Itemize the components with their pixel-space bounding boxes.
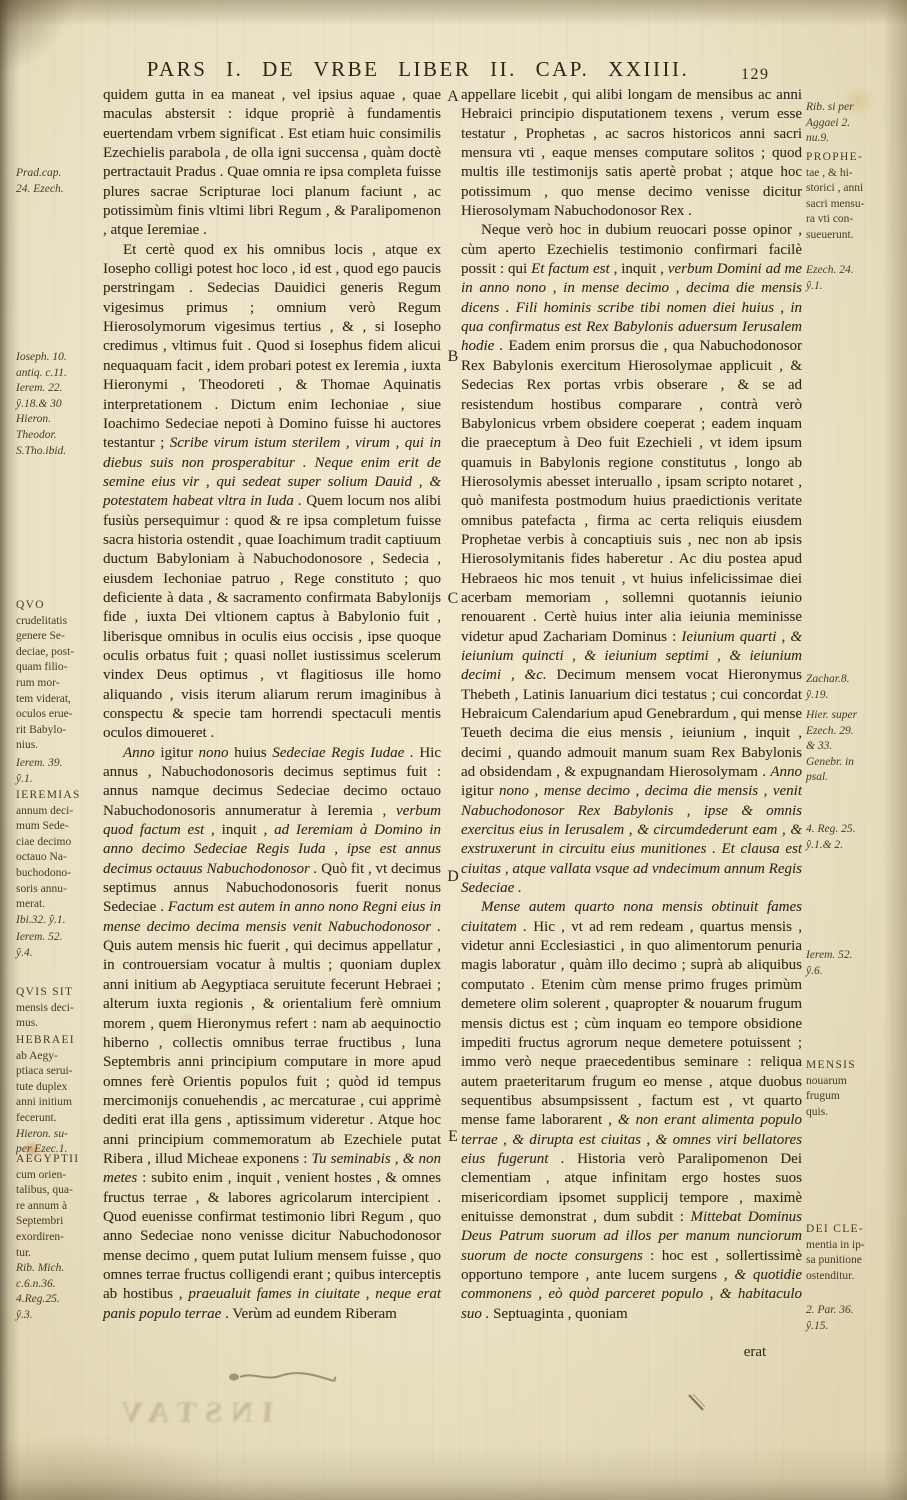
page-number: 129 xyxy=(741,66,770,84)
margin-note-line: Hier. super xyxy=(806,708,903,724)
book-page-scan: PARS I. DE VRBE LIBER II. CAP. XXIIII. 1… xyxy=(0,0,907,1500)
margin-note-line: Zachar.8. xyxy=(806,672,903,688)
paragraph: appellare licebit , qui alibi longam de … xyxy=(461,86,802,221)
margin-note-line: ŷ.18.& 30 xyxy=(16,397,102,413)
margin-note-line: mus. xyxy=(16,1016,102,1032)
body-text: Et certè quod ex his omnibus locis , atq… xyxy=(103,242,441,451)
body-text: Decimum mensem vocat Hieronymus Thebeth … xyxy=(461,667,802,780)
margin-note-line: Ioseph. 10. xyxy=(16,350,102,366)
margin-note: Ezech. 24.ŷ.1. xyxy=(806,263,903,294)
margin-note-line: c.6.n.36. xyxy=(16,1277,102,1293)
margin-note-line: deciae, post- xyxy=(16,645,102,661)
margin-note: 2. Par. 36.ŷ.15. xyxy=(806,1303,903,1334)
paragraph: Et certè quod ex his omnibus locis , atq… xyxy=(103,241,441,744)
margin-note-line: nius. xyxy=(16,738,102,754)
body-text: Quem locum nos alibi fusiùs persequimur … xyxy=(103,493,441,741)
margin-note: QVIS SITmensis deci-mus. xyxy=(16,985,102,1032)
margin-note-line: anni initium xyxy=(16,1095,102,1111)
margin-note-line: QVO xyxy=(16,598,102,614)
body-text: quidem gutta in ea maneat , vel ipsius a… xyxy=(103,87,441,238)
body-text: , inquit , xyxy=(610,261,668,277)
margin-note-line: merat. xyxy=(16,897,102,913)
margin-note-line: Hieron. su- xyxy=(16,1127,102,1143)
margin-note-line: Ierem. 52. xyxy=(806,948,903,964)
margin-note-line: Septembri xyxy=(16,1214,102,1230)
margin-note-line: tae , & hi- xyxy=(806,166,903,182)
margin-note-line: annum deci- xyxy=(16,804,102,820)
margin-note-line: ŷ.1. xyxy=(16,772,102,788)
right-text-column: appellare licebit , qui alibi longam de … xyxy=(461,86,802,1324)
margin-note-line: ab Aegy- xyxy=(16,1049,102,1065)
margin-note-line: & 33. xyxy=(806,739,903,755)
margin-note-line: ŷ.15. xyxy=(806,1319,903,1335)
margin-note: Hier. superEzech. 29.& 33.Genebr. inpsal… xyxy=(806,708,903,786)
margin-note: Prad.cap.24. Ezech. xyxy=(16,166,102,197)
ink-squiggle-mark xyxy=(228,1368,338,1386)
margin-note: DEI CLE-mentia in ip-sa punitioneostendi… xyxy=(806,1222,903,1284)
margin-note: Ierem. 39.ŷ.1. xyxy=(16,756,102,787)
margin-note-line: fecerunt. xyxy=(16,1111,102,1127)
margin-note-line: Ierem. 52. xyxy=(16,930,102,946)
margin-note-line: DEI CLE- xyxy=(806,1222,903,1238)
margin-note-line: ptiaca serui- xyxy=(16,1064,102,1080)
ink-bleedthrough-text: INSTAV xyxy=(111,1396,275,1430)
body-text: huius xyxy=(234,745,272,761)
margin-note-line: mensis deci- xyxy=(16,1001,102,1017)
margin-note: Rib. si perAggaei 2.nu.9. xyxy=(806,100,903,147)
margin-note-line: frugum xyxy=(806,1089,903,1105)
margin-note-line: ciae decimo xyxy=(16,835,102,851)
right-margin-notes: Rib. si perAggaei 2.nu.9.PROPHE-tae , & … xyxy=(806,0,903,1500)
margin-note-line: psal. xyxy=(806,770,903,786)
margin-note-line: Theodor. xyxy=(16,428,102,444)
margin-note-line: crudelitatis xyxy=(16,614,102,630)
margin-note-line: MENSIS xyxy=(806,1058,903,1074)
margin-note-line: sacri mensu- xyxy=(806,197,903,213)
body-text: . Verùm ad eundem Riberam xyxy=(221,1306,397,1322)
paragraph: Neque verò hoc in dubium reuocari posse … xyxy=(461,221,802,898)
ink-stroke-mark xyxy=(683,1391,709,1415)
margin-note-line: IEREMIAS xyxy=(16,788,102,804)
body-text: Eadem enim prorsus die , qua Nabuchodono… xyxy=(461,338,802,644)
margin-note: IEREMIASannum deci-mum Sede-ciae decimoo… xyxy=(16,788,102,928)
margin-note-line: oculos erue- xyxy=(16,707,102,723)
left-margin-notes: Prad.cap.24. Ezech.Ioseph. 10.antiq. c.1… xyxy=(16,0,102,1500)
margin-note-line: Genebr. in xyxy=(806,755,903,771)
margin-note-line: Ierem. 22. xyxy=(16,381,102,397)
margin-note: QVOcrudelitatisgenere Se-deciae, post-qu… xyxy=(16,598,102,754)
margin-note: 4. Reg. 25.ŷ.1.& 2. xyxy=(806,822,903,853)
margin-note-line: ostenditur. xyxy=(806,1269,903,1285)
margin-note-line: ŷ.1.& 2. xyxy=(806,838,903,854)
margin-note-line: quis. xyxy=(806,1105,903,1121)
body-text: : subito enim , inquit , venient hostes … xyxy=(103,1170,441,1302)
margin-note-line: Hieron. xyxy=(16,412,102,428)
margin-note-line: ŷ.6. xyxy=(806,964,903,980)
margin-note: Ierem. 52.ŷ.4. xyxy=(16,930,102,961)
catchword: erat xyxy=(700,1344,810,1361)
margin-note-line: 4. Reg. 25. xyxy=(806,822,903,838)
margin-note-line: storici , anni xyxy=(806,181,903,197)
margin-note-line: PROPHE- xyxy=(806,150,903,166)
margin-note-line: Ezech. 29. xyxy=(806,724,903,740)
margin-note-line: mentia in ip- xyxy=(806,1238,903,1254)
running-header: PARS I. DE VRBE LIBER II. CAP. XXIIII. xyxy=(92,57,744,82)
margin-note-line: octauo Na- xyxy=(16,850,102,866)
body-text: , inquit , xyxy=(204,822,274,838)
quoted-scripture-text: nono , mense decimo , decima die mensis … xyxy=(461,783,802,896)
paragraph: Anno igitur nono huius Sedeciae Regis Iu… xyxy=(103,744,441,1324)
margin-note-line: rum mor- xyxy=(16,676,102,692)
margin-note-line: Ezech. 24. xyxy=(806,263,903,279)
margin-note-line: 24. Ezech. xyxy=(16,182,102,198)
margin-note-line: Rib. Mich. xyxy=(16,1261,102,1277)
margin-note: AEGYPTIIcum orien-talibus, qua-re annum … xyxy=(16,1152,102,1324)
margin-note-line: ŷ.1. xyxy=(806,279,903,295)
quoted-scripture-text: nono xyxy=(198,745,234,761)
margin-note-line: tute duplex xyxy=(16,1080,102,1096)
quoted-scripture-text: Sedeciae Regis Iudae . xyxy=(272,745,413,761)
paragraph: quidem gutta in ea maneat , vel ipsius a… xyxy=(103,86,441,241)
margin-note: Zachar.8.ŷ.19. xyxy=(806,672,903,703)
quoted-scripture-text: Anno xyxy=(770,764,802,780)
margin-note-line: S.Tho.ibid. xyxy=(16,444,102,460)
margin-note-line: 2. Par. 36. xyxy=(806,1303,903,1319)
margin-note-line: buchodono- xyxy=(16,866,102,882)
left-text-column: quidem gutta in ea maneat , vel ipsius a… xyxy=(103,86,441,1324)
margin-note-line: antiq. c.11. xyxy=(16,366,102,382)
margin-note-line: ra vti con- xyxy=(806,212,903,228)
margin-note-line: talibus, qua- xyxy=(16,1183,102,1199)
margin-note-line: nu.9. xyxy=(806,131,903,147)
body-text: Septuaginta , quoniam xyxy=(489,1306,627,1322)
margin-note-line: 4.Reg.25. xyxy=(16,1292,102,1308)
margin-note: Ierem. 52.ŷ.6. xyxy=(806,948,903,979)
margin-note-line: AEGYPTII xyxy=(16,1152,102,1168)
margin-note: MENSISnouarumfrugumquis. xyxy=(806,1058,903,1120)
margin-note-line: tur. xyxy=(16,1246,102,1262)
margin-note-line: QVIS SIT xyxy=(16,985,102,1001)
margin-note-line: nouarum xyxy=(806,1074,903,1090)
body-text: Quis autem mensis hic fuerit , qui decim… xyxy=(103,938,441,1167)
margin-note: PROPHE-tae , & hi-storici , annisacri me… xyxy=(806,150,903,244)
margin-note: HEBRAEIab Aegy-ptiaca serui-tute duplexa… xyxy=(16,1033,102,1158)
margin-note-line: Prad.cap. xyxy=(16,166,102,182)
body-text: igitur xyxy=(461,783,499,799)
margin-note-line: ŷ.3. xyxy=(16,1308,102,1324)
margin-note-line: quam filio- xyxy=(16,660,102,676)
margin-note-line: soris annu- xyxy=(16,882,102,898)
margin-note-line: sa punitione xyxy=(806,1253,903,1269)
margin-note: Ioseph. 10.antiq. c.11.Ierem. 22.ŷ.18.& … xyxy=(16,350,102,459)
margin-note-line: re annum à xyxy=(16,1199,102,1215)
margin-note-line: HEBRAEI xyxy=(16,1033,102,1049)
body-text: Hic , vt ad rem redeam , quartus mensis … xyxy=(461,919,802,1128)
margin-note-line: cum orien- xyxy=(16,1168,102,1184)
margin-note-line: Ierem. 39. xyxy=(16,756,102,772)
paragraph: Mense autem quarto nona mensis obtinuit … xyxy=(461,898,802,1324)
body-text: igitur xyxy=(160,745,198,761)
margin-note-line: rit Babylo- xyxy=(16,723,102,739)
quoted-scripture-text: Et factum est xyxy=(531,261,610,277)
margin-note-line: mum Sede- xyxy=(16,819,102,835)
margin-note-line: Aggaei 2. xyxy=(806,116,903,132)
quoted-scripture-text: Anno xyxy=(123,745,160,761)
margin-note-line: genere Se- xyxy=(16,629,102,645)
body-text: appellare licebit , qui alibi longam de … xyxy=(461,87,802,219)
margin-note-line: ŷ.4. xyxy=(16,946,102,962)
margin-note-line: Ibi.32. ŷ.1. xyxy=(16,913,102,929)
margin-note-line: Rib. si per xyxy=(806,100,903,116)
margin-note-line: tem viderat, xyxy=(16,692,102,708)
margin-note-line: exordiren- xyxy=(16,1230,102,1246)
margin-note-line: sueuerunt. xyxy=(806,228,903,244)
margin-note-line: ŷ.19. xyxy=(806,688,903,704)
